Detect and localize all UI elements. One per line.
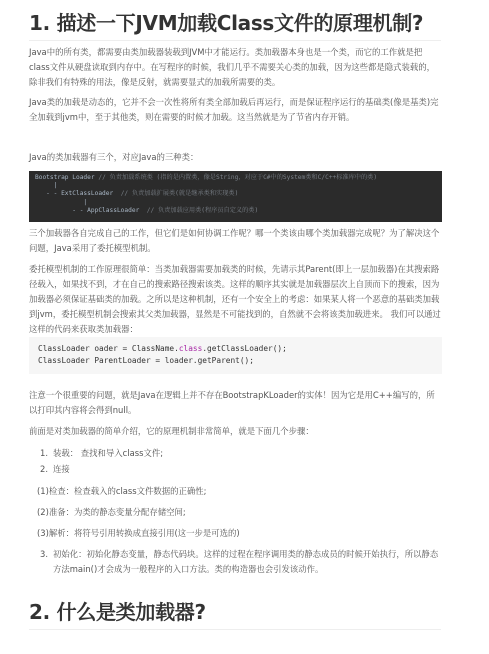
code-text: .getClassLoader(); [202,344,287,353]
code-line: ClassLoader ParentLoader = loader.getPar… [38,355,433,367]
sub-step-prepare: (2)准备：为类的静态变量分配存储空间; [29,505,451,520]
paragraph-bootstrap-note: 注意一个很重要的问题，就是Java在逻辑上并不存在BootstrapKLoade… [29,388,443,418]
step-text: 连接 [53,464,70,474]
classloader-code-block: ClassLoader oader = ClassName.class.getC… [29,337,442,374]
step-number: 1. [40,446,53,461]
step-text: 装载： 查找和导入class文件; [53,448,163,458]
paragraph-three-loaders: Java的类加载器有三个，对应Java的三种类： [29,150,443,165]
step-item-initialize: 3.初始化：初始化静态变量，静态代码块。这样的过程在程序调用类的静态成员的时候开… [29,547,441,577]
sub-step-verify: (1)检查：检查载入的class文件数据的正确性; [29,484,451,499]
code-comment: // 负责加载扩展类(就是继承类和实现类) [121,190,239,197]
code-text: ClassLoader oader = ClassName. [38,344,179,353]
loader-hierarchy-code-block: Bootstrap Loader // 负责加载系统类 (指的是内置类，像是St… [29,171,442,222]
paragraph-coordination: 三个加载器各自完成自己的工作，但它们是如何协调工作呢？哪一个类该由哪个类加载器完… [29,226,443,256]
code-text: - - AppClassLoader [35,207,139,214]
code-text: Bootstrap Loader [35,174,95,181]
paragraph-dynamic-loading: Java类的加载是动态的，它并不会一次性将所有类全部加载后再运行，而是保证程序运… [29,95,443,125]
code-line: - - AppClassLoader // 负责加载应用类(程序员自定义的类) [35,207,436,215]
paragraph-intro: Java中的所有类，都需要由类加载器装载到JVM中才能运行。类加载器本身也是一个… [29,45,443,90]
code-line: - - ExtClassLoader // 负责加载扩展类(就是继承类和实现类) [35,190,436,198]
code-line: | [35,199,436,207]
step-number: 3. [40,547,53,577]
tree-connector: | [35,199,87,206]
tree-connector: | [35,182,57,189]
step-item-link: 2.连接 [29,462,454,477]
paragraph-delegation-model: 委托模型机制的工作原理很简单：当类加载器需要加载类的时候，先请示其Parent(… [29,262,443,337]
code-line: Bootstrap Loader // 负责加载系统类 (指的是内置类，像是St… [35,174,436,182]
step-item-load: 1.装载： 查找和导入class文件; [29,446,454,461]
step-text: 初始化：初始化静态变量，静态代码块。这样的过程在程序调用类的静态成员的时候开始执… [53,547,441,577]
section-heading-2: 2. 什么是类加载器? [29,599,441,630]
code-comment: // 负责加载应用类(程序员自定义的类) [147,207,258,214]
code-line: ClassLoader oader = ClassName.class.getC… [38,343,433,355]
code-keyword: class [179,344,202,353]
code-text: - - ExtClassLoader [35,190,113,197]
code-text: ClassLoader ParentLoader = loader.getPar… [38,356,254,365]
paragraph-steps-intro: 前面是对类加载器的简单介绍，它的原理机制非常简单，就是下面几个步骤： [29,424,443,439]
sub-step-resolve: (3)解析：将符号引用转换成直接引用(这一步是可选的) [29,526,451,541]
section-heading-1: 1. 描述一下JVM加载Class文件的原理机制? [29,10,441,41]
code-comment: // 负责加载系统类 (指的是内置类，像是String，对应于C#中的Syste… [98,174,377,181]
step-number: 2. [40,462,53,477]
